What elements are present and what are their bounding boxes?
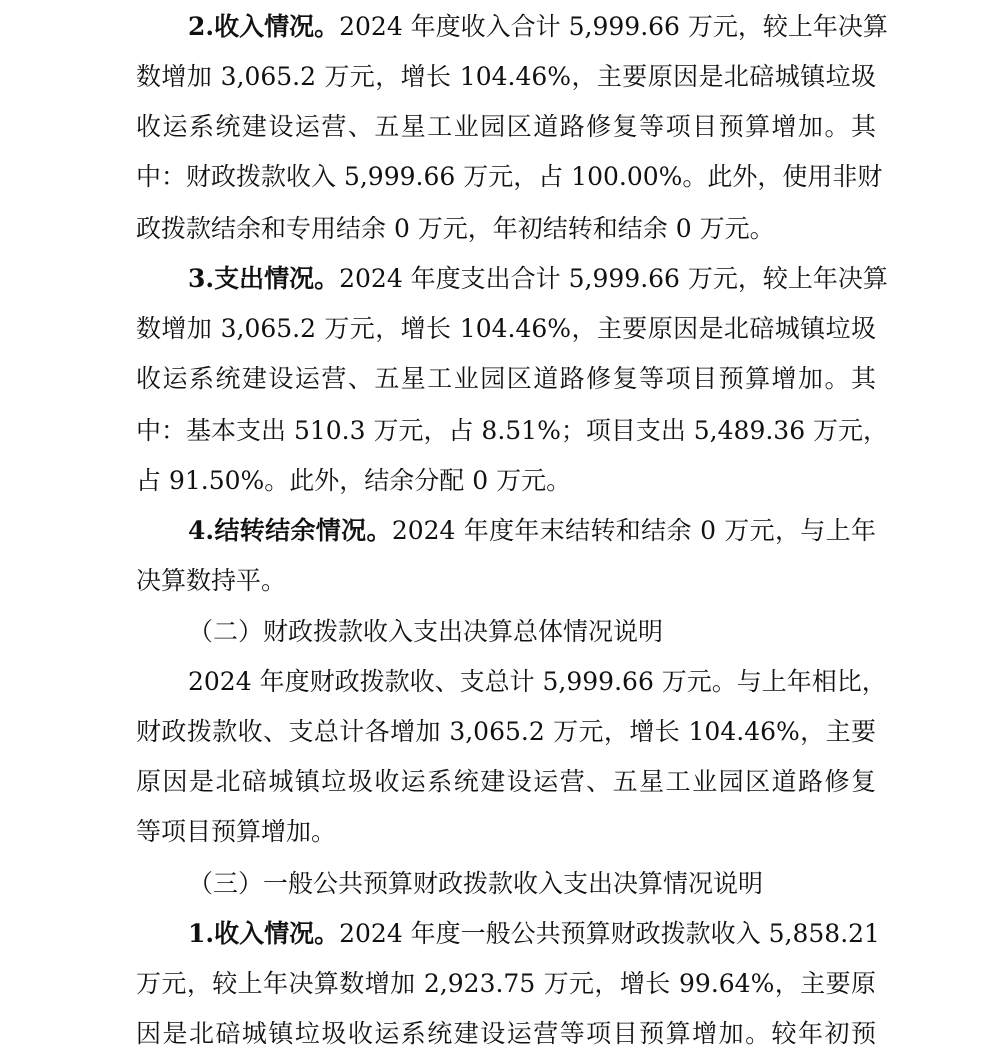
paragraph-line: 2.收入情况。2024 年度收入合计 5,999.66 万元，较上年决算 bbox=[188, 7, 876, 47]
paragraph-line: 政拨款结余和专用结余 0 万元，年初结转和结余 0 万元。 bbox=[136, 209, 876, 249]
paragraph-line: 2024 年度财政拨款收、支总计 5,999.66 万元。与上年相比， bbox=[188, 662, 876, 702]
section-heading: （三）一般公共预算财政拨款收入支出决算情况说明 bbox=[188, 864, 876, 904]
section-heading: （二）财政拨款收入支出决算总体情况说明 bbox=[188, 612, 876, 652]
paragraph-line: 中：财政拨款收入 5,999.66 万元，占 100.00%。此外，使用非财 bbox=[136, 157, 876, 197]
paragraph-line: 收运系统建设运营、五星工业园区道路修复等项目预算增加。其 bbox=[136, 359, 876, 399]
paragraph-line: 因是北碚城镇垃圾收运系统建设运营等项目预算增加。较年初预 bbox=[136, 1014, 876, 1054]
general-income-lead: 1.收入情况。 bbox=[188, 919, 339, 948]
paragraph-line: 1.收入情况。2024 年度一般公共预算财政拨款收入 5,858.21 bbox=[188, 914, 876, 954]
paragraph-line: 3.支出情况。2024 年度支出合计 5,999.66 万元，较上年决算 bbox=[188, 259, 876, 299]
paragraph-line: 决算数持平。 bbox=[136, 561, 876, 601]
paragraph-line: 占 91.50%。此外，结余分配 0 万元。 bbox=[136, 461, 876, 501]
paragraph-line: 等项目预算增加。 bbox=[136, 812, 876, 852]
paragraph-line: 中：基本支出 510.3 万元，占 8.51%；项目支出 5,489.36 万元… bbox=[136, 411, 876, 451]
expenditure-lead: 3.支出情况。 bbox=[188, 264, 339, 293]
carryover-lead: 4.结转结余情况。 bbox=[188, 516, 392, 545]
paragraph-line: 4.结转结余情况。2024 年度年末结转和结余 0 万元，与上年 bbox=[188, 511, 876, 551]
paragraph-line: 万元，较上年决算数增加 2,923.75 万元，增长 99.64%，主要原 bbox=[136, 964, 876, 1004]
paragraph-line: 原因是北碚城镇垃圾收运系统建设运营、五星工业园区道路修复 bbox=[136, 762, 876, 802]
paragraph-line: 财政拨款收、支总计各增加 3,065.2 万元，增长 104.46%，主要 bbox=[136, 712, 876, 752]
paragraph-line: 收运系统建设运营、五星工业园区道路修复等项目预算增加。其 bbox=[136, 107, 876, 147]
paragraph-line: 数增加 3,065.2 万元，增长 104.46%，主要原因是北碚城镇垃圾 bbox=[136, 309, 876, 349]
document-page: 2.收入情况。2024 年度收入合计 5,999.66 万元，较上年决算 数增加… bbox=[0, 0, 1000, 1060]
paragraph-line: 数增加 3,065.2 万元，增长 104.46%，主要原因是北碚城镇垃圾 bbox=[136, 57, 876, 97]
income-lead: 2.收入情况。 bbox=[188, 12, 339, 41]
